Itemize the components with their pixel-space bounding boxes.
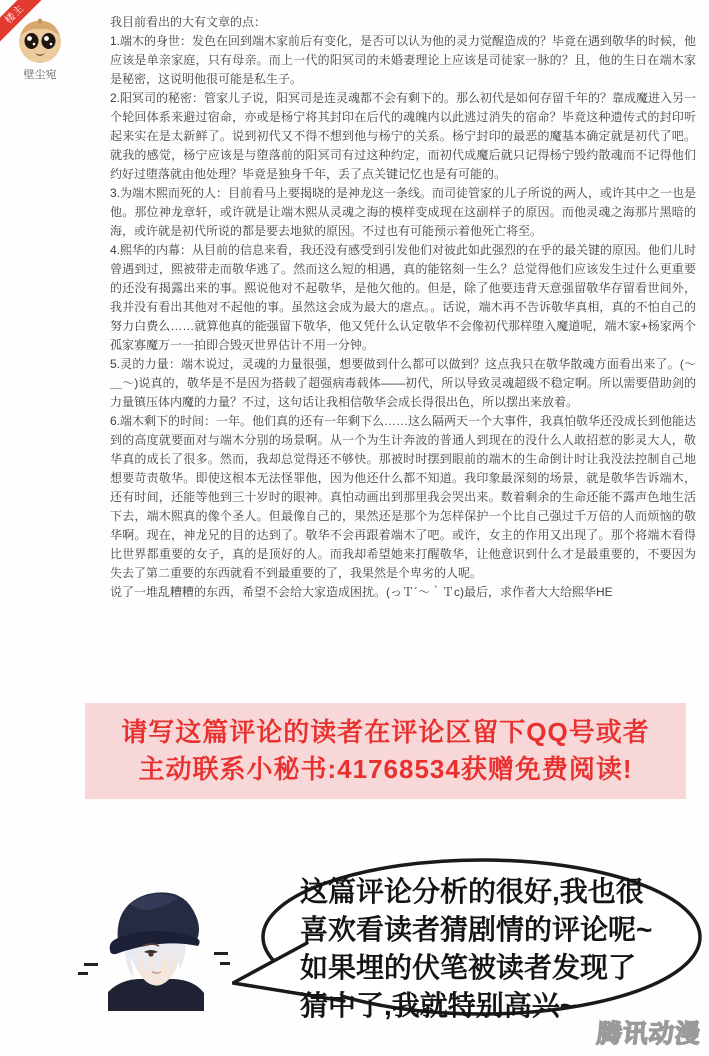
bubble-line: 喜欢看读者猜剧情的评论呢~ — [300, 911, 680, 949]
dash-mark — [220, 962, 230, 965]
dash-mark — [84, 963, 98, 966]
comment-body: 我目前看出的大有文章的点： 1.端木的身世：发色在回到端木家前后有变化，是否可以… — [110, 13, 696, 602]
comment-paragraph: 说了一堆乱糟糟的东西，希望不会给大家造成困扰。(っＴ´～｀Ｔc)最后，求作者大大… — [110, 583, 696, 602]
dash-mark — [78, 972, 88, 975]
promo-line-1: 请写这篇评论的读者在评论区留下QQ号或者 — [121, 715, 649, 750]
promo-line-2: 主动联系小秘书:41768534获赠免费阅读! — [139, 752, 633, 787]
promo-banner: 请写这篇评论的读者在评论区留下QQ号或者 主动联系小秘书:41768534获赠免… — [85, 703, 686, 799]
dash-mark — [214, 952, 228, 955]
poster-block: 楼主 壁尘宛 — [0, 0, 106, 120]
comment-paragraph: 1.端木的身世：发色在回到端木家前后有变化，是否可以认为他的灵力觉醒造成的？毕竟… — [110, 32, 696, 89]
comment-paragraph: 5.灵的力量：端木说过，灵魂的力量很强，想要做到什么都可以做到？这点我只在敬华散… — [110, 355, 696, 412]
author-avatar — [100, 880, 212, 1012]
bubble-line: 如果埋的伏笔被读者发现了 — [300, 949, 680, 987]
comment-paragraph: 6.端木剩下的时间：一年。他们真的还有一年剩下么……这么隔两天一个大事件，我真怕… — [110, 412, 696, 583]
comment-paragraph: 4.熙华的内幕：从目前的信息来看，我还没有感受到引发他们对彼此如此强烈的在乎的最… — [110, 241, 696, 355]
bubble-line: 这篇评论分析的很好,我也很 — [300, 873, 680, 911]
comment-paragraph: 3.为端木熙而死的人：目前看马上要揭晓的是神龙这一条线。而司徒管家的儿子所说的两… — [110, 184, 696, 241]
capped-character-icon — [100, 880, 212, 1012]
comic-comment-page: 楼主 壁尘宛 我目前看出的大有文章的点： 1.端木的身世：发色在回到端木家前后有… — [0, 0, 709, 1056]
comment-paragraph: 2.阳冥司的秘密：管家儿子说，阳冥司是连灵魂都不会有剩下的。那么初代是如何存留千… — [110, 89, 696, 184]
poster-username[interactable]: 壁尘宛 — [0, 66, 80, 82]
author-reply-text: 这篇评论分析的很好,我也很 喜欢看读者猜剧情的评论呢~ 如果埋的伏笔被读者发现了… — [300, 873, 680, 1025]
poster-avatar[interactable] — [17, 18, 63, 64]
tencent-comics-watermark: 腾讯动漫 — [595, 1014, 702, 1050]
comment-paragraph: 我目前看出的大有文章的点： — [110, 13, 696, 32]
chibi-face-icon — [17, 18, 63, 64]
